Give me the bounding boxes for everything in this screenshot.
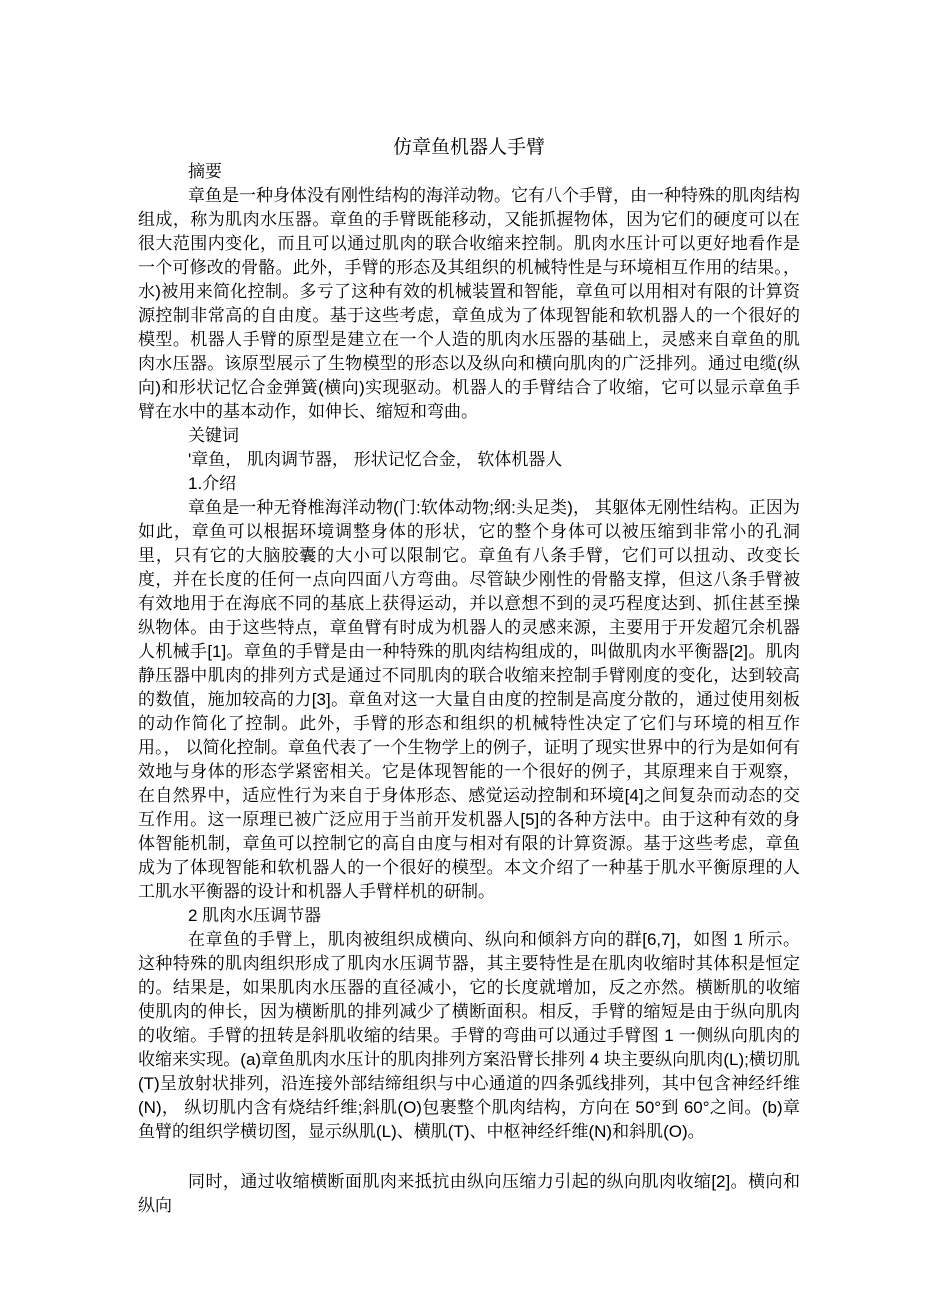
paragraph-section-1-body: 章鱼是一种无脊椎海洋动物(门:软体动物;纲:头足类)， 其躯体无刚性结构。正因为… (138, 496, 800, 904)
paragraph-section-1-heading: 1.介绍 (138, 472, 800, 496)
paragraph-section-2-body: 在章鱼的手臂上，肌肉被组织成横向、纵向和倾斜方向的群[6,7]，如图 1 所示。… (138, 928, 800, 1144)
paragraph-abstract-body: 章鱼是一种身体没有刚性结构的海洋动物。它有八个手臂，由一种特殊的肌肉结构组成，称… (138, 184, 800, 424)
paragraph-abstract-label: 摘要 (138, 160, 800, 184)
paragraph-keywords-body: '章鱼， 肌肉调节器， 形状记忆合金， 软体机器人 (138, 448, 800, 472)
paragraph-closing-paragraph: 同时，通过收缩横断面肌肉来抵抗由纵向压缩力引起的纵向肌肉收缩[2]。横向和纵向 (138, 1170, 800, 1218)
document-title: 仿章鱼机器人手臂 (138, 136, 800, 160)
paragraph-list: 摘要章鱼是一种身体没有刚性结构的海洋动物。它有八个手臂，由一种特殊的肌肉结构组成… (138, 160, 800, 1218)
document-page: 仿章鱼机器人手臂 摘要章鱼是一种身体没有刚性结构的海洋动物。它有八个手臂，由一种… (0, 0, 926, 1309)
document-content: 仿章鱼机器人手臂 摘要章鱼是一种身体没有刚性结构的海洋动物。它有八个手臂，由一种… (138, 136, 800, 1218)
paragraph-keywords-label: 关键词 (138, 424, 800, 448)
paragraph-section-2-heading: 2 肌肉水压调节器 (138, 904, 800, 928)
